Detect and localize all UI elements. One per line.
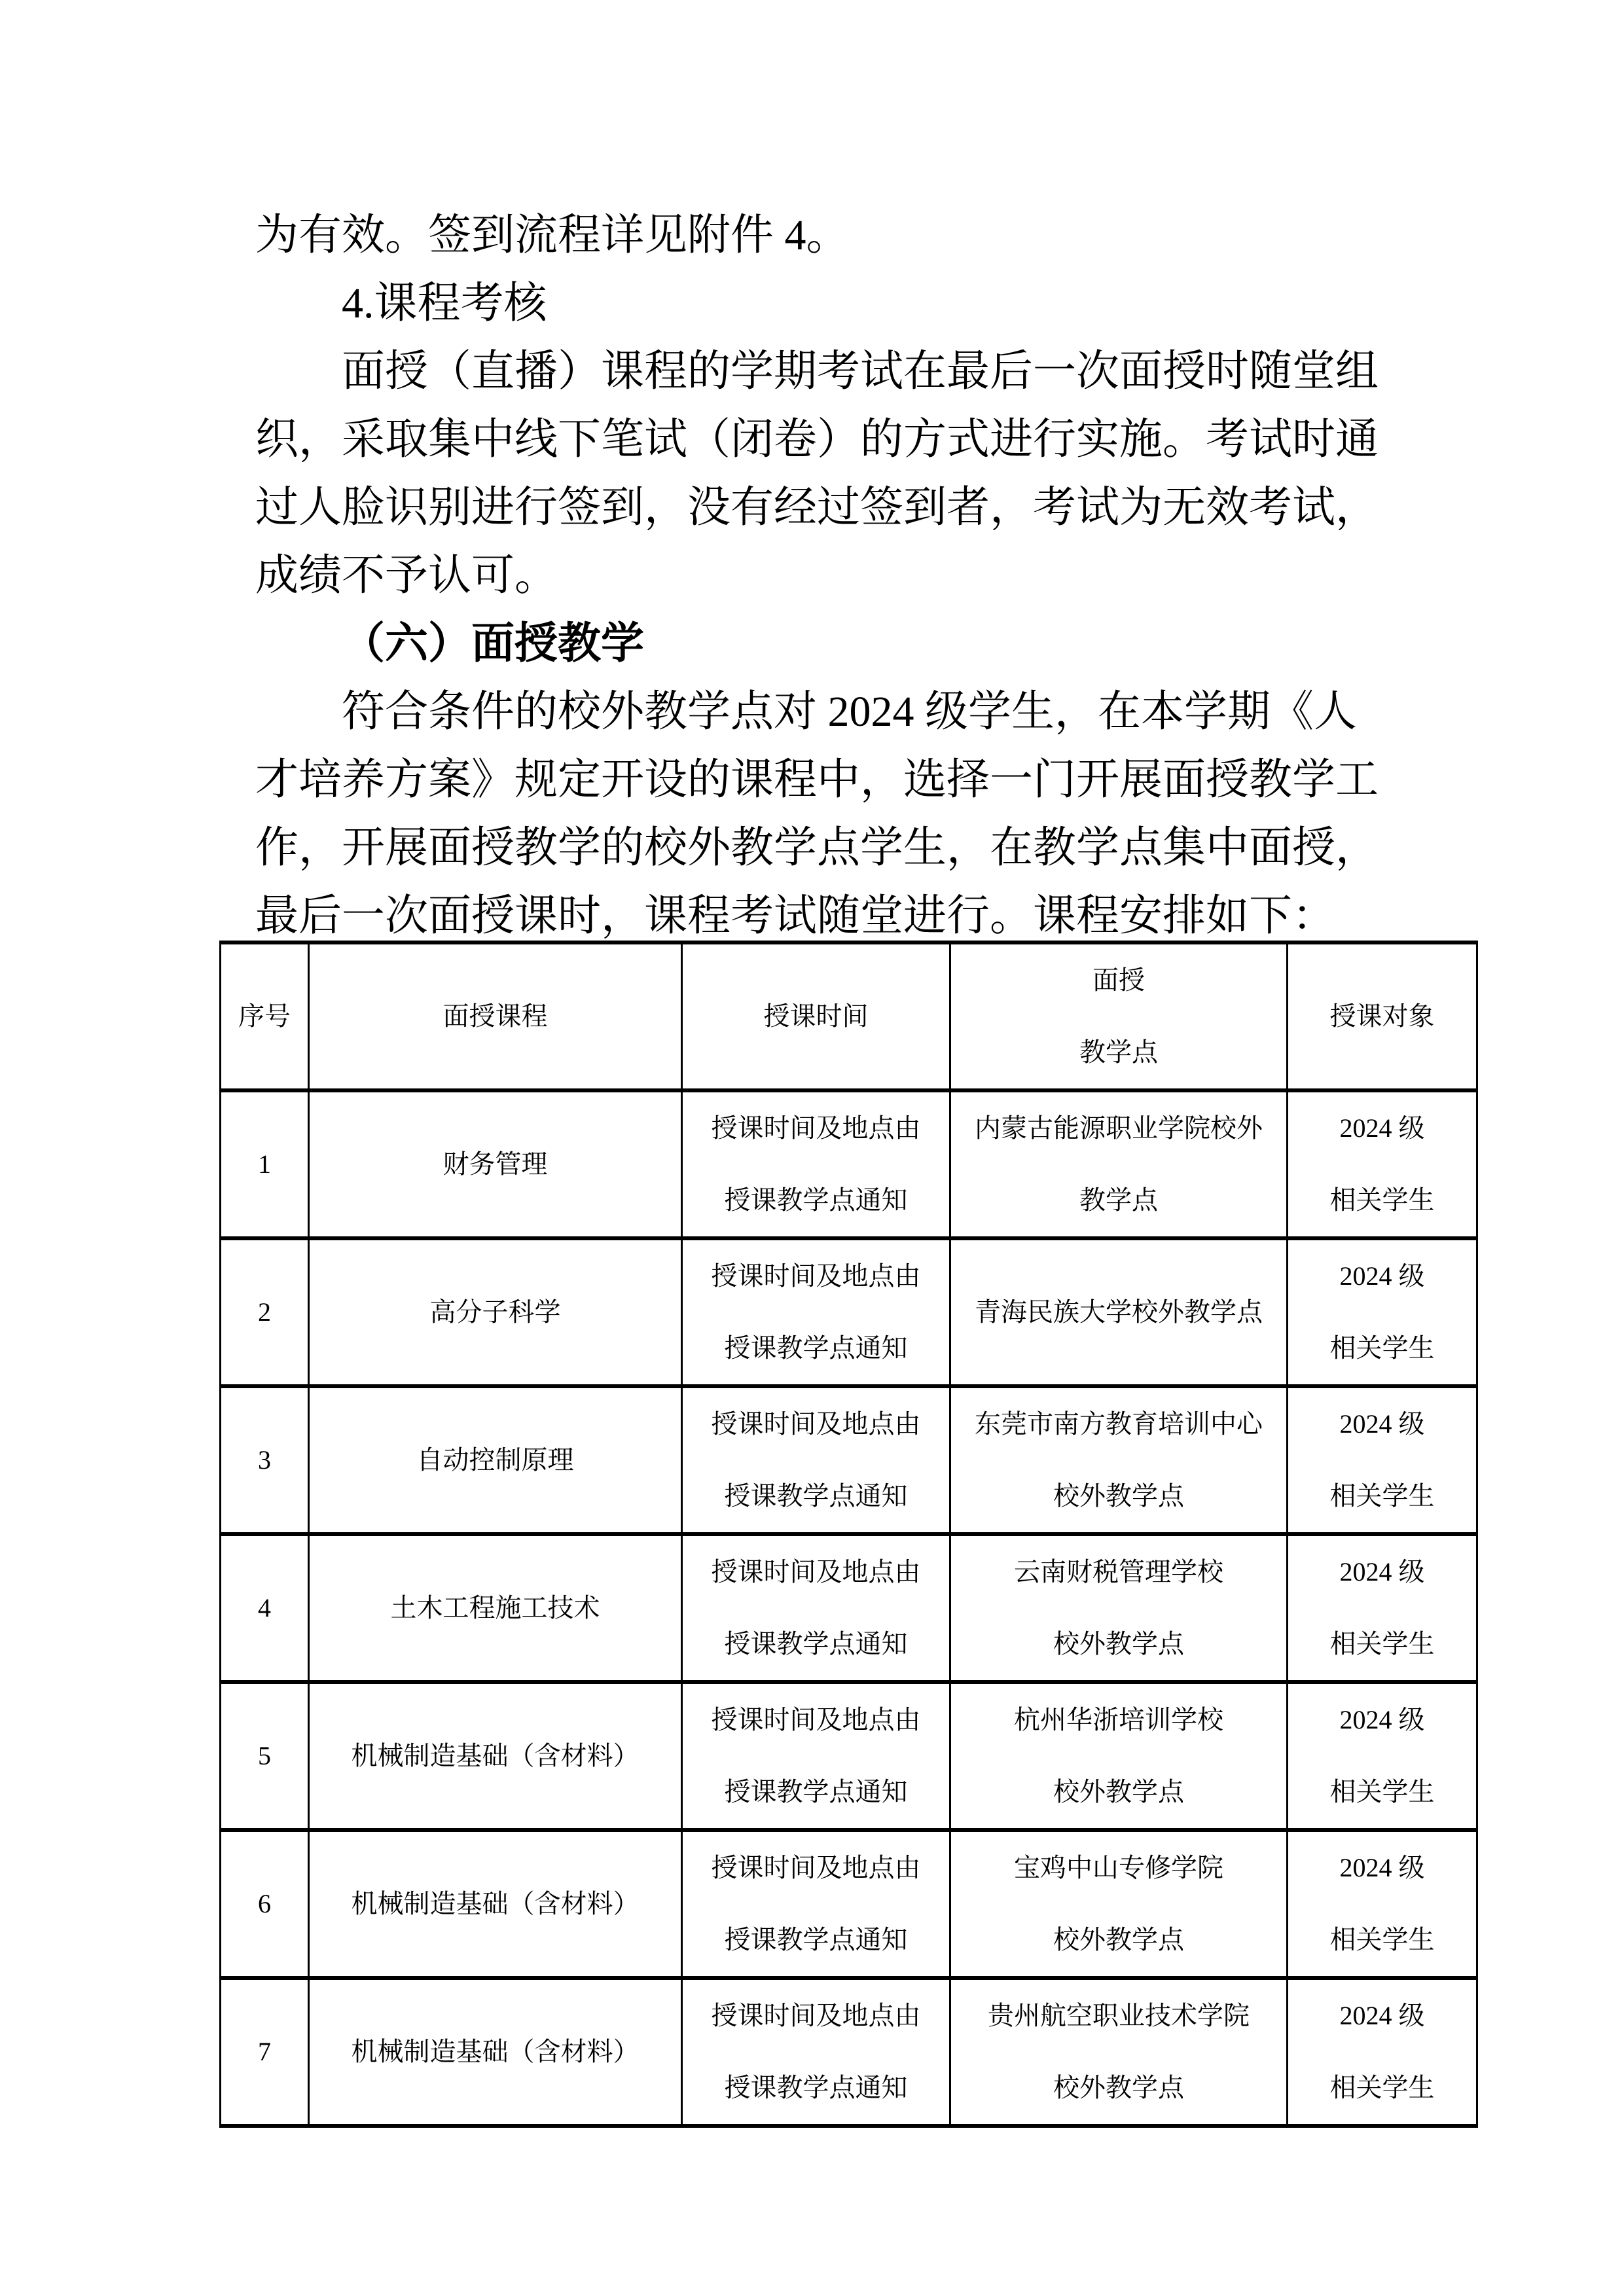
cell-line: 2024 级 xyxy=(1288,1832,1476,1904)
cell-line: 相关学生 xyxy=(1288,1312,1476,1384)
cell-line: 6 xyxy=(221,1868,308,1940)
cell-site: 杭州华浙培训学校 校外教学点 xyxy=(950,1682,1288,1830)
cell-audience: 2024 级 相关学生 xyxy=(1288,1238,1477,1386)
cell-line: 相关学生 xyxy=(1288,1164,1476,1236)
cell-line: 机械制造基础（含材料） xyxy=(310,1720,681,1792)
cell-line: 青海民族大学校外教学点 xyxy=(951,1276,1286,1348)
header-audience: 授课对象 xyxy=(1288,942,1477,1090)
cell-line: 内蒙古能源职业学院校外 xyxy=(951,1092,1286,1164)
cell-line: 授课时间及地点由 xyxy=(683,1092,949,1164)
table-row: 7 机械制造基础（含材料） 授课时间及地点由 授课教学点通知 贵州航空职业技术学… xyxy=(221,1978,1477,2126)
cell-line: 授课教学点通知 xyxy=(683,1608,949,1680)
table-row: 3 自动控制原理 授课时间及地点由 授课教学点通知 东莞市南方教育培训中心 校外… xyxy=(221,1386,1477,1534)
paragraph-line: 作，开展面授教学的校外教学点学生，在教学点集中面授， xyxy=(255,814,1379,882)
paragraph-line: 才培养方案》规定开设的课程中，选择一门开展面授教学工 xyxy=(255,746,1379,814)
cell-line: 杭州华浙培训学校 xyxy=(951,1684,1286,1756)
paragraph-line: 符合条件的校外教学点对 2024 级学生，在本学期《人 xyxy=(255,678,1379,746)
cell-site: 云南财税管理学校 校外教学点 xyxy=(950,1534,1288,1682)
section-heading: （六）面授教学 xyxy=(255,610,1379,678)
cell-time: 授课时间及地点由 授课教学点通知 xyxy=(682,1090,950,1238)
cell-line: 云南财税管理学校 xyxy=(951,1536,1286,1608)
cell-course: 机械制造基础（含材料） xyxy=(309,1830,682,1978)
cell-line: 2024 级 xyxy=(1288,1240,1476,1312)
cell-time: 授课时间及地点由 授课教学点通知 xyxy=(682,1830,950,1978)
cell-line: 机械制造基础（含材料） xyxy=(310,1868,681,1940)
cell-line: 校外教学点 xyxy=(951,1460,1286,1532)
cell-seq: 5 xyxy=(221,1682,309,1830)
cell-seq: 3 xyxy=(221,1386,309,1534)
cell-course: 机械制造基础（含材料） xyxy=(309,1978,682,2126)
course-schedule-table: 序号 面授课程 授课时间 面授 教学点 授课对象 1 财务管理 授课时间及地点由… xyxy=(219,941,1478,2128)
cell-site: 宝鸡中山专修学院 校外教学点 xyxy=(950,1830,1288,1978)
cell-site: 内蒙古能源职业学院校外 教学点 xyxy=(950,1090,1288,1238)
cell-course: 高分子科学 xyxy=(309,1238,682,1386)
cell-line: 高分子科学 xyxy=(310,1276,681,1348)
cell-line: 教学点 xyxy=(951,1016,1286,1088)
table-row: 6 机械制造基础（含材料） 授课时间及地点由 授课教学点通知 宝鸡中山专修学院 … xyxy=(221,1830,1477,1978)
cell-line: 土木工程施工技术 xyxy=(310,1572,681,1644)
cell-line: 授课教学点通知 xyxy=(683,1312,949,1384)
table-row: 5 机械制造基础（含材料） 授课时间及地点由 授课教学点通知 杭州华浙培训学校 … xyxy=(221,1682,1477,1830)
paragraph-line: 成绩不予认可。 xyxy=(255,542,1379,610)
cell-time: 授课时间及地点由 授课教学点通知 xyxy=(682,1682,950,1830)
cell-line: 授课教学点通知 xyxy=(683,1164,949,1236)
document-page: 为有效。签到流程详见附件 4。 4.课程考核 面授（直播）课程的学期考试在最后一… xyxy=(0,0,1624,2296)
body-paragraphs: 为有效。签到流程详见附件 4。 4.课程考核 面授（直播）课程的学期考试在最后一… xyxy=(255,202,1379,950)
cell-line: 宝鸡中山专修学院 xyxy=(951,1832,1286,1904)
cell-line: 1 xyxy=(221,1128,308,1200)
cell-line: 相关学生 xyxy=(1288,1756,1476,1828)
cell-time: 授课时间及地点由 授课教学点通知 xyxy=(682,1238,950,1386)
cell-site: 东莞市南方教育培训中心 校外教学点 xyxy=(950,1386,1288,1534)
header-course: 面授课程 xyxy=(309,942,682,1090)
cell-line: 相关学生 xyxy=(1288,1608,1476,1680)
cell-audience: 2024 级 相关学生 xyxy=(1288,1830,1477,1978)
cell-line: 2024 级 xyxy=(1288,1536,1476,1608)
cell-line: 机械制造基础（含材料） xyxy=(310,2016,681,2088)
header-site: 面授 教学点 xyxy=(950,942,1288,1090)
cell-line: 3 xyxy=(221,1424,308,1496)
cell-course: 土木工程施工技术 xyxy=(309,1534,682,1682)
table-row: 2 高分子科学 授课时间及地点由 授课教学点通知 青海民族大学校外教学点 202… xyxy=(221,1238,1477,1386)
table-row: 4 土木工程施工技术 授课时间及地点由 授课教学点通知 云南财税管理学校 校外教… xyxy=(221,1534,1477,1682)
table-row: 1 财务管理 授课时间及地点由 授课教学点通知 内蒙古能源职业学院校外 教学点 … xyxy=(221,1090,1477,1238)
cell-line: 相关学生 xyxy=(1288,1460,1476,1532)
cell-line: 序号 xyxy=(221,980,308,1052)
cell-audience: 2024 级 相关学生 xyxy=(1288,1386,1477,1534)
cell-course: 财务管理 xyxy=(309,1090,682,1238)
paragraph-line: 4.课程考核 xyxy=(255,270,1379,338)
cell-line: 7 xyxy=(221,2016,308,2088)
cell-audience: 2024 级 相关学生 xyxy=(1288,1978,1477,2126)
cell-line: 授课对象 xyxy=(1288,980,1476,1052)
table-header-row: 序号 面授课程 授课时间 面授 教学点 授课对象 xyxy=(221,942,1477,1090)
cell-line: 面授课程 xyxy=(310,980,681,1052)
cell-line: 授课教学点通知 xyxy=(683,1904,949,1976)
cell-time: 授课时间及地点由 授课教学点通知 xyxy=(682,1978,950,2126)
cell-seq: 2 xyxy=(221,1238,309,1386)
cell-line: 2024 级 xyxy=(1288,1684,1476,1756)
paragraph-line: 过人脸识别进行签到，没有经过签到者，考试为无效考试， xyxy=(255,474,1379,542)
paragraph-line: 织，采取集中线下笔试（闭卷）的方式进行实施。考试时通 xyxy=(255,406,1379,474)
cell-seq: 7 xyxy=(221,1978,309,2126)
cell-line: 授课时间及地点由 xyxy=(683,1980,949,2052)
cell-audience: 2024 级 相关学生 xyxy=(1288,1090,1477,1238)
cell-line: 授课时间及地点由 xyxy=(683,1832,949,1904)
cell-line: 校外教学点 xyxy=(951,1904,1286,1976)
cell-line: 2 xyxy=(221,1276,308,1348)
cell-line: 自动控制原理 xyxy=(310,1424,681,1496)
cell-line: 校外教学点 xyxy=(951,1756,1286,1828)
cell-course: 机械制造基础（含材料） xyxy=(309,1682,682,1830)
cell-line: 校外教学点 xyxy=(951,2052,1286,2124)
cell-line: 4 xyxy=(221,1572,308,1644)
header-time: 授课时间 xyxy=(682,942,950,1090)
cell-line: 授课时间及地点由 xyxy=(683,1388,949,1460)
cell-line: 相关学生 xyxy=(1288,2052,1476,2124)
header-seq: 序号 xyxy=(221,942,309,1090)
cell-line: 2024 级 xyxy=(1288,1388,1476,1460)
cell-line: 授课教学点通知 xyxy=(683,1756,949,1828)
cell-time: 授课时间及地点由 授课教学点通知 xyxy=(682,1386,950,1534)
cell-line: 2024 级 xyxy=(1288,1092,1476,1164)
cell-line: 教学点 xyxy=(951,1164,1286,1236)
cell-audience: 2024 级 相关学生 xyxy=(1288,1682,1477,1830)
cell-time: 授课时间及地点由 授课教学点通知 xyxy=(682,1534,950,1682)
cell-line: 授课教学点通知 xyxy=(683,2052,949,2124)
cell-seq: 4 xyxy=(221,1534,309,1682)
cell-site: 贵州航空职业技术学院 校外教学点 xyxy=(950,1978,1288,2126)
cell-line: 授课时间及地点由 xyxy=(683,1684,949,1756)
cell-line: 授课教学点通知 xyxy=(683,1460,949,1532)
cell-seq: 1 xyxy=(221,1090,309,1238)
cell-line: 校外教学点 xyxy=(951,1608,1286,1680)
cell-line: 相关学生 xyxy=(1288,1904,1476,1976)
cell-audience: 2024 级 相关学生 xyxy=(1288,1534,1477,1682)
cell-course: 自动控制原理 xyxy=(309,1386,682,1534)
cell-line: 2024 级 xyxy=(1288,1980,1476,2052)
cell-line: 面授 xyxy=(951,944,1286,1016)
cell-line: 授课时间 xyxy=(683,980,949,1052)
cell-line: 贵州航空职业技术学院 xyxy=(951,1980,1286,2052)
cell-line: 东莞市南方教育培训中心 xyxy=(951,1388,1286,1460)
cell-site: 青海民族大学校外教学点 xyxy=(950,1238,1288,1386)
cell-line: 授课时间及地点由 xyxy=(683,1240,949,1312)
cell-seq: 6 xyxy=(221,1830,309,1978)
paragraph-line: 面授（直播）课程的学期考试在最后一次面授时随堂组 xyxy=(255,338,1379,406)
cell-line: 授课时间及地点由 xyxy=(683,1536,949,1608)
cell-line: 5 xyxy=(221,1720,308,1792)
paragraph-line: 为有效。签到流程详见附件 4。 xyxy=(255,202,1379,270)
cell-line: 财务管理 xyxy=(310,1128,681,1200)
